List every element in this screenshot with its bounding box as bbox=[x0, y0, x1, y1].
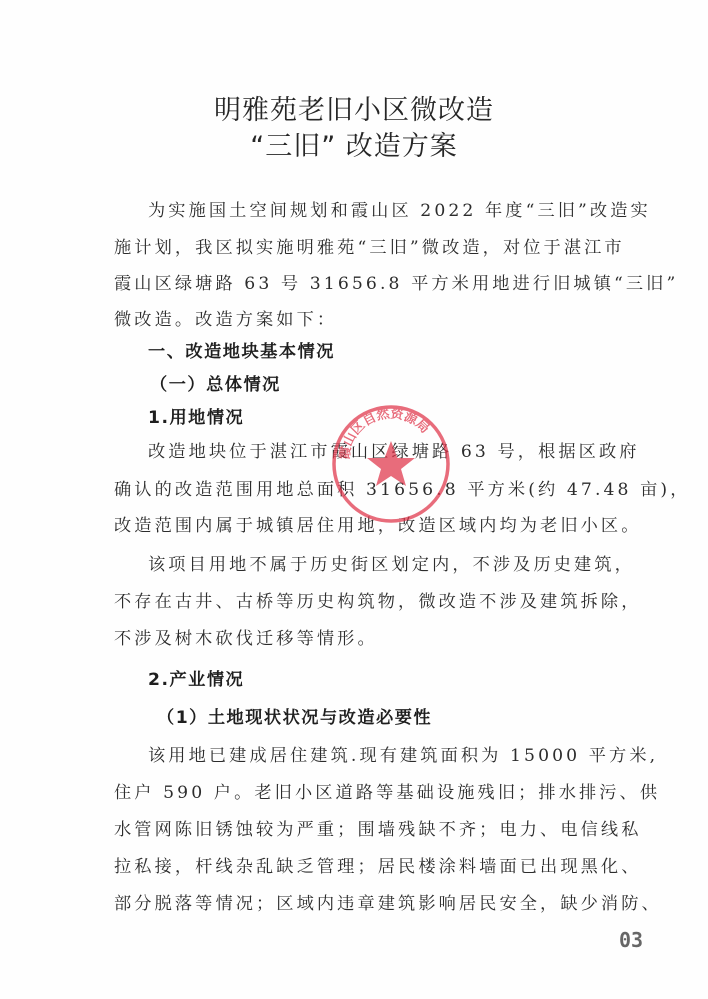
intro-line-1: 为实施国土空间规划和霞山区 2022 年度“三旧”改造实 bbox=[148, 199, 678, 223]
document-page: 明雅苑老旧小区微改造 “三旧” 改造方案 为实施国土空间规划和霞山区 2022 … bbox=[0, 0, 708, 999]
item-2-para-line-5: 部分脱落等情况；区域内违章建筑影响居民安全，缺少消防、 bbox=[114, 892, 644, 916]
subsection-heading-1: （一）总体情况 bbox=[150, 373, 680, 397]
document-title-line-2: “三旧” 改造方案 bbox=[0, 124, 708, 163]
page-number: 03 bbox=[619, 928, 643, 952]
intro-line-3: 霞山区绿塘路 63 号 31656.8 平方米用地进行旧城镇“三旧” bbox=[114, 272, 644, 296]
item-heading-1: 1.用地情况 bbox=[148, 406, 678, 430]
item-1-para-2-line-1: 该项目用地不属于历史街区划定内，不涉及历史建筑， bbox=[148, 553, 678, 577]
intro-line-2: 施计划，我区拟实施明雅苑“三旧”微改造，对位于湛江市 bbox=[114, 236, 644, 260]
item-1-para-2-line-3: 不涉及树木砍伐迁移等情形。 bbox=[114, 627, 644, 651]
item-1-para-1-line-3: 改造范围内属于城镇居住用地，改造区域内均为老旧小区。 bbox=[114, 514, 644, 538]
item-heading-2: 2.产业情况 bbox=[148, 668, 678, 692]
document-title-line-1: 明雅苑老旧小区微改造 bbox=[0, 88, 708, 127]
item-1-para-2-line-2: 不存在古井、古桥等历史构筑物，微改造不涉及建筑拆除， bbox=[114, 590, 644, 614]
item-2-para-line-2: 住户 590 户。老旧小区道路等基础设施残旧；排水排污、供 bbox=[114, 781, 644, 805]
section-heading-1: 一、改造地块基本情况 bbox=[148, 340, 678, 364]
item-2-para-line-4: 拉私接，杆线杂乱缺乏管理；居民楼涂料墙面已出现黑化、 bbox=[114, 855, 644, 879]
item-2-sub-heading: （1）土地现状状况与改造必要性 bbox=[157, 706, 687, 730]
item-2-para-line-1: 该用地已建成居住建筑.现有建筑面积为 15000 平方米, bbox=[148, 744, 678, 768]
item-2-para-line-3: 水管网陈旧锈蚀较为严重；围墙残缺不齐；电力、电信线私 bbox=[114, 818, 644, 842]
intro-line-4: 微改造。改造方案如下： bbox=[114, 308, 644, 332]
item-1-para-1-line-2: 确认的改造范围用地总面积 31656.8 平方米(约 47.48 亩)， bbox=[114, 478, 644, 502]
item-1-para-1-line-1: 改造地块位于湛江市霞山区绿塘路 63 号，根据区政府 bbox=[148, 440, 678, 464]
